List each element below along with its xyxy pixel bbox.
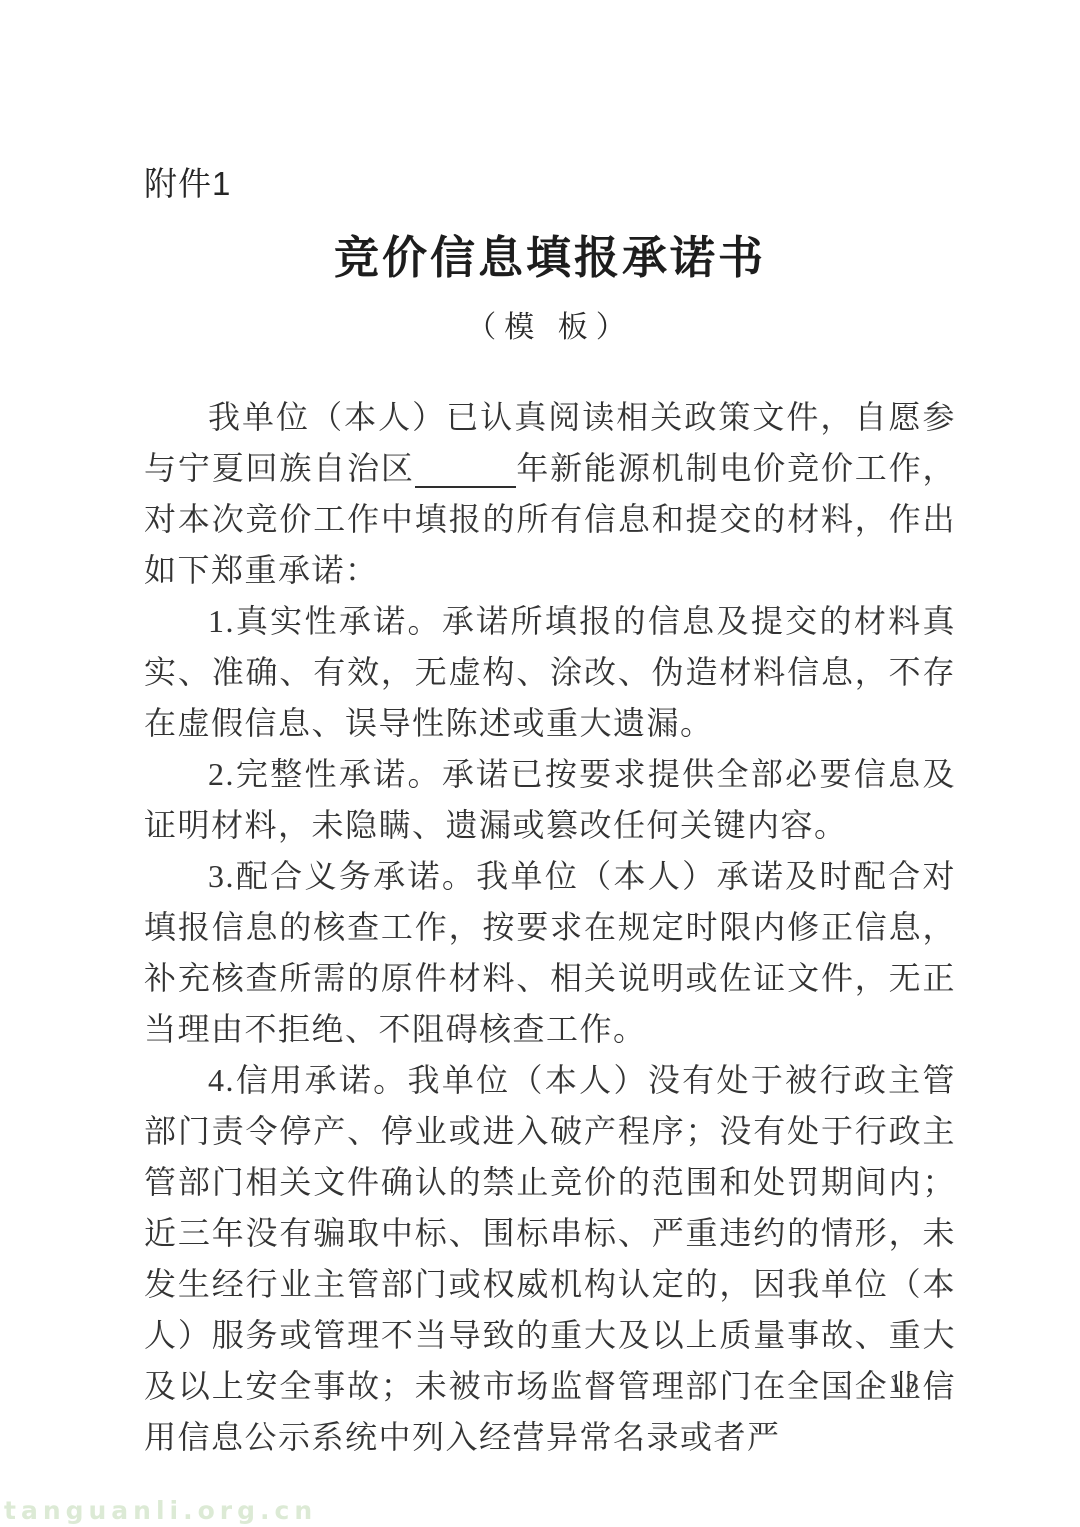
commitment-paragraph-credit: 4.信用承诺。我单位（本人）没有处于被行政主管部门责令停产、停业或进入破产程序；… <box>144 1055 956 1463</box>
commitment-paragraph-completeness: 2.完整性承诺。承诺已按要求提供全部必要信息及证明材料，未隐瞒、遗漏或篡改任何关… <box>144 749 956 851</box>
intro-paragraph: 我单位（本人）已认真阅读相关政策文件，自愿参与宁夏回族自治区 年新能源机制电价竞… <box>144 392 956 596</box>
commitment-paragraph-cooperation: 3.配合义务承诺。我单位（本人）承诺及时配合对填报信息的核查工作，按要求在规定时… <box>144 851 956 1055</box>
commitment-paragraph-authenticity: 1.真实性承诺。承诺所填报的信息及提交的材料真实、准确、有效，无虚构、涂改、伪造… <box>144 596 956 749</box>
document-title: 竞价信息填报承诺书 <box>144 221 956 286</box>
blank-underline <box>415 450 517 488</box>
page-number: – 13 – <box>863 1368 949 1399</box>
document-body: 我单位（本人）已认真阅读相关政策文件，自愿参与宁夏回族自治区 年新能源机制电价竞… <box>144 392 956 1463</box>
document-content: 附件1 竞价信息填报承诺书 （模 板） 我单位（本人）已认真阅读相关政策文件，自… <box>0 0 1080 1463</box>
watermark-text: tanguanli.org.cn <box>4 1496 317 1525</box>
document-page: 附件1 竞价信息填报承诺书 （模 板） 我单位（本人）已认真阅读相关政策文件，自… <box>0 0 1080 1527</box>
document-subtitle: （模 板） <box>144 302 956 346</box>
attachment-label: 附件1 <box>144 158 956 205</box>
